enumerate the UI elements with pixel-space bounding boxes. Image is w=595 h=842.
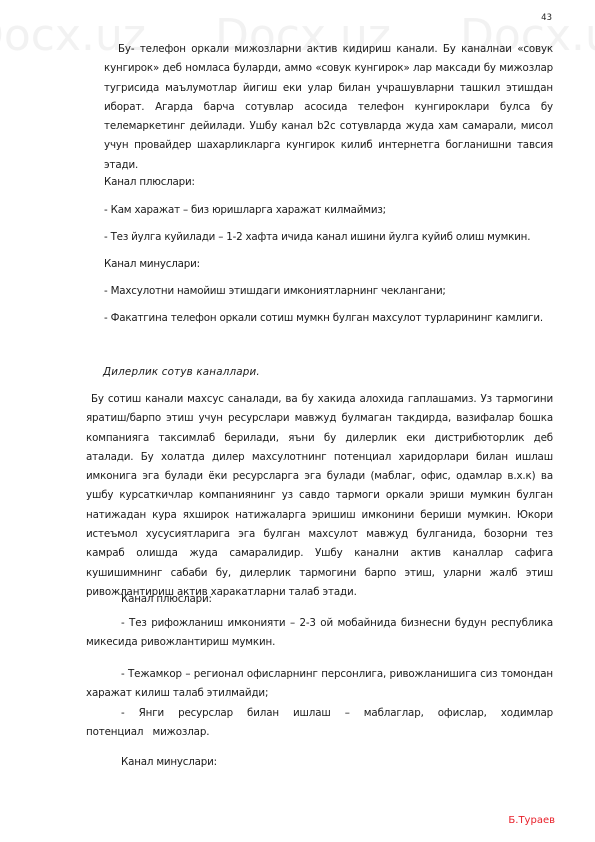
- section2-pros-item: - Тез рифожланиш имконияти – 2-3 ой моба…: [86, 614, 553, 653]
- section2-cons-title: Канал минуслари:: [121, 755, 217, 770]
- section2-pros-item: - Тежамкор – регионал офисларнинг персон…: [86, 665, 553, 704]
- section1-cons-title: Канал минуслари:: [104, 257, 200, 272]
- section1-pros-item: - Тез йулга куйилади – 1-2 хафта ичида к…: [104, 230, 530, 245]
- page-number: 43: [541, 13, 552, 23]
- author-signature: Б.Тураев: [508, 815, 555, 826]
- section1-cons-item: - Факатгина телефон оркали сотиш мумкн б…: [104, 311, 543, 326]
- section1-intro: Бу- телефон оркали мижозларни актив киди…: [104, 40, 553, 175]
- section2-pros-title: Канал плюслари:: [121, 592, 212, 607]
- section1-pros-item: - Кам харажат – биз юришларга харажат ки…: [104, 203, 386, 218]
- section2-intro: Бу сотиш канали махсус саналади, ва бу х…: [86, 390, 553, 602]
- section1-pros-title: Канал плюслари:: [104, 175, 195, 190]
- section2-pros-item: - Янги ресурслар билан ишлаш – маблаглар…: [86, 704, 553, 743]
- section1-cons-item: - Махсулотни намойиш этишдаги имкониятла…: [104, 284, 446, 299]
- section2-heading: Дилерлик сотув каналлари.: [103, 365, 260, 380]
